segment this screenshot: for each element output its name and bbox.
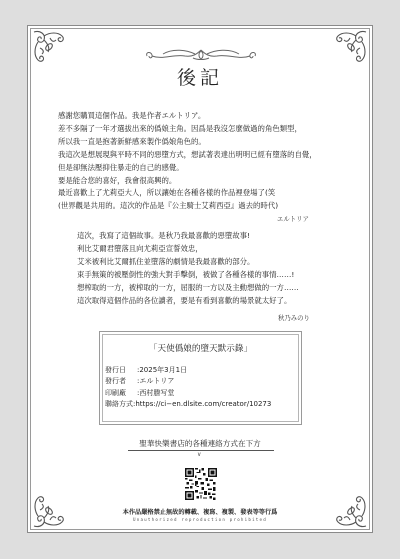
colophon-label: 聯絡方式 — [105, 399, 133, 410]
colophon-label: 發行日 — [105, 365, 137, 376]
author-note-line: 要是能合您的喜好，我會很高興的。 — [58, 175, 317, 188]
copyright-notice: 本作品嚴格禁止無故的轉載、複寫、複製、發表等等行爲 — [28, 507, 372, 516]
author-note-line: 差不多隔了一年才選拔出來的僞娘主角。因爲是我沒怎麼做過的角色類型， — [58, 123, 317, 136]
colophon-row-printer: 印刷廠 :西村謄写堂 — [105, 388, 271, 399]
author-note-line: 感謝您購買這個作品。我是作者エルトリア。 — [58, 110, 317, 123]
colophon-rows: 發行日 :2025年3月1日 發行者 :エルトリア 印刷廠 :西村謄写堂 聯絡方… — [105, 365, 271, 410]
author-note-line: 最近喜歡上了尤莉亞大人，所以讓她在各種各樣的作品裡登場了(笑 — [58, 187, 317, 200]
colophon-label: 發行者 — [105, 376, 137, 387]
colophon-row-contact: 聯絡方式 :https://ci−en.dlsite.com/creator/1… — [105, 399, 271, 410]
chevron-down-icon: ∨ — [197, 451, 201, 458]
author-note: 感謝您購買這個作品。我是作者エルトリア。 差不多隔了一年才選拔出來的僞娘主角。因… — [58, 110, 317, 213]
artist-note-line: 想榨取的一方，被榨取的一方，屈服的一方以及主動想做的一方…… — [77, 282, 299, 295]
copyright-notice-en: Unauthorized reproduction prohibited — [28, 517, 372, 522]
colophon-value: :エルトリア — [137, 376, 174, 387]
colophon-title: 「天使僞娘的墮天默示錄」 — [100, 342, 301, 354]
colophon-box: 「天使僞娘的墮天默示錄」 發行日 :2025年3月1日 發行者 :エルトリア 印… — [99, 331, 302, 425]
afterword-page: 後記 感謝您購買這個作品。我是作者エルトリア。 差不多隔了一年才選拔出來的僞娘主… — [27, 25, 373, 533]
author-note-line: 所以我一直是抱著新鮮感來製作僞娘角色的。 — [58, 136, 317, 149]
artist-note-line: 這次取得這個作品的各位讀者，要是有看到喜歡的場景就太好了。 — [77, 295, 299, 308]
colophon-row-date: 發行日 :2025年3月1日 — [105, 365, 271, 376]
page-title: 後記 — [28, 63, 372, 90]
author-note-line: (世界觀是共用的。這次的作品是『公主騎士艾莉西亞』過去的時代) — [58, 200, 317, 213]
colophon-row-publisher: 發行者 :エルトリア — [105, 376, 271, 387]
artist-signature: 秋乃みのり — [278, 313, 310, 322]
author-signature: エルトリア — [277, 214, 309, 223]
author-note-line: 但是卻無法壓抑住暴走的自己的感覺。 — [58, 162, 317, 175]
author-note-line: 我這次是想展現與平時不同的惡墮方式，想試著表達出明明已經有墮落的自覺， — [58, 149, 317, 162]
colophon-label: 印刷廠 — [105, 388, 137, 399]
artist-note-line: 這次，我寫了這個故事。是秋乃我最喜歡的惡墮故事! — [77, 230, 299, 243]
artist-note-line: 束手無策的被壓倒性的強大對手擊倒，被做了各種各樣的事情……! — [77, 269, 299, 282]
colophon-value: :2025年3月1日 — [137, 365, 187, 376]
artist-note-line: 利比艾爾君墮落且向尤莉亞宣誓效忠， — [77, 243, 299, 256]
title-ornament-icon — [143, 46, 259, 64]
qr-code-icon[interactable] — [185, 468, 217, 500]
colophon-value: :西村謄写堂 — [137, 388, 174, 399]
artist-note: 這次，我寫了這個故事。是秋乃我最喜歡的惡墮故事! 利比艾爾君墮落且向尤莉亞宣誓效… — [77, 230, 299, 307]
contact-heading: 聖華快樂書店的各種連絡方式在下方 — [28, 438, 372, 449]
colophon-contact-link[interactable]: :https://ci−en.dlsite.com/creator/10273 — [133, 399, 271, 410]
artist-note-line: 艾米被利比艾爾抓住並墮落的劇情是我最喜歡的部分。 — [77, 256, 299, 269]
